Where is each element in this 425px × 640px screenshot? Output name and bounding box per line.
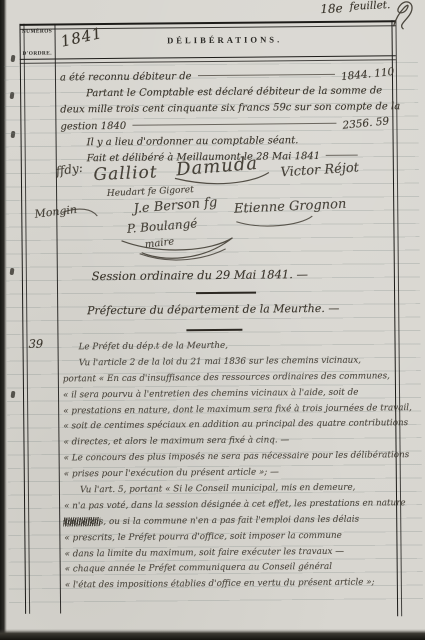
session-heading: Session ordinaire du 29 Mai 1841. — bbox=[70, 267, 330, 283]
fill-line bbox=[198, 74, 335, 76]
fill-line bbox=[132, 123, 336, 126]
folio-word: feuillet. bbox=[349, 0, 390, 15]
signature: Galliot bbox=[93, 162, 158, 185]
amount-value: 2356. 59 bbox=[342, 115, 390, 131]
deliberation-line: toutefois, ou si la commune n'en a pas f… bbox=[64, 512, 397, 531]
numeros-header-line1: NUMÉROS bbox=[22, 29, 52, 35]
paraph-flourish-icon bbox=[393, 2, 412, 29]
entry-text: gestion 1840 bbox=[60, 121, 126, 133]
page-content: 18e feuillet. NUMÉROS D'ORDRE. DÉLIBÉRAT… bbox=[0, 0, 425, 640]
entry-line: Il y a lieu d'ordonner au comptable séan… bbox=[87, 135, 299, 148]
entry-line: a été reconnu débiteur de 1844. 110 bbox=[60, 68, 394, 83]
margin-order-number: 39 bbox=[28, 337, 43, 351]
folio-label: 18e feuillet. bbox=[320, 0, 391, 16]
scan-bottom-shadow bbox=[0, 629, 425, 640]
deliberation-line: « Le concours des plus imposés ne sera p… bbox=[64, 448, 397, 467]
entry-text: a été reconnu débiteur de bbox=[60, 71, 192, 83]
folio-number: 18e bbox=[320, 1, 343, 16]
fill-line bbox=[326, 155, 358, 156]
entry-heading: Préfecture du département de la Meurthe.… bbox=[68, 302, 358, 318]
scanned-register-page: { "page": { "folio_number": "18e", "foli… bbox=[0, 0, 425, 640]
deliberations-header: DÉLIBÉRATIONS. bbox=[55, 33, 395, 46]
scratched-word-overlay bbox=[63, 517, 100, 526]
deliberation-line: « l'état des impositions établies d'offi… bbox=[65, 576, 398, 595]
deliberation-body: Le Préfet du dép.t de la Meurthe,Vu l'ar… bbox=[62, 337, 397, 594]
numeros-column-header: NUMÉROS D'ORDRE. bbox=[20, 29, 55, 57]
numeros-header-line2: D'ORDRE. bbox=[23, 51, 52, 57]
